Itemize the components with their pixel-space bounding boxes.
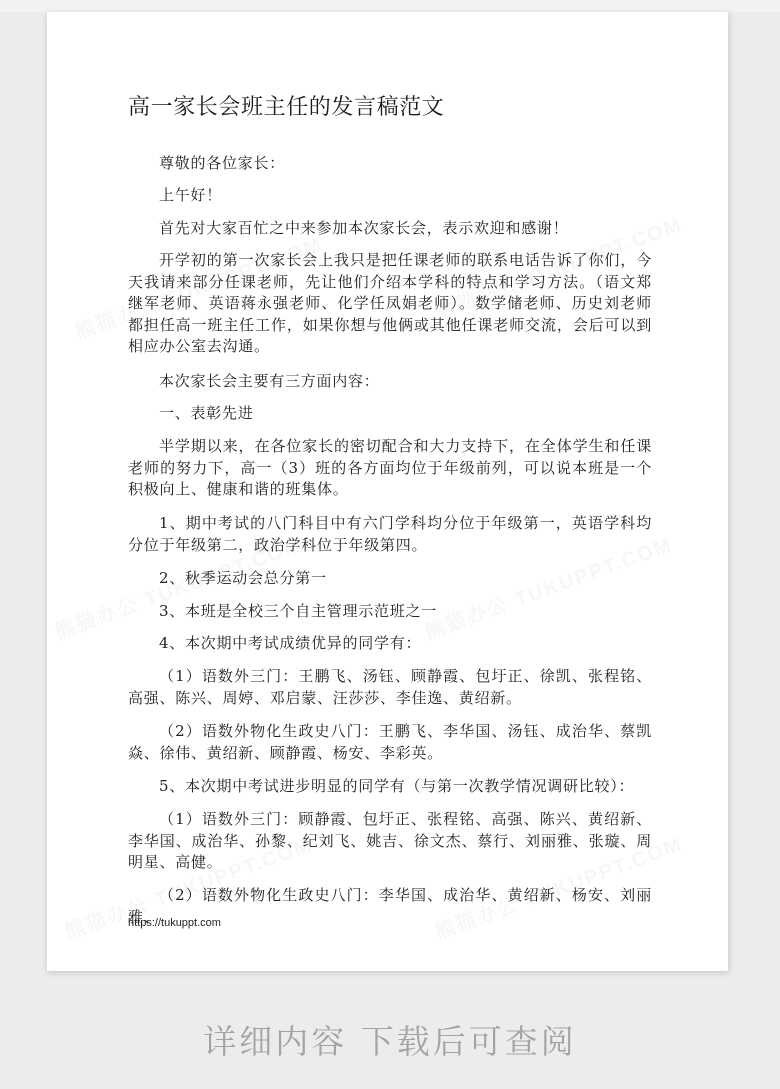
paragraph: 首先对大家百忙之中来参加本次家长会，表示欢迎和感谢！ <box>128 218 652 240</box>
paragraph: 半学期以来，在各位家长的密切配合和大力支持下，在全体学生和任课老师的努力下，高一… <box>128 436 652 501</box>
document-title: 高一家长会班主任的发言稿范文 <box>128 94 444 122</box>
list-item: （1）语数外三门：王鹏飞、汤钰、顾静霞、包圩正、徐凯、张程铭、高强、陈兴、周婷、… <box>128 666 652 709</box>
list-item: 2、秋季运动会总分第一 <box>128 568 652 590</box>
list-item: 3、本班是全校三个自主管理示范班之一 <box>128 601 652 623</box>
section-heading: 一、表彰先进 <box>128 403 652 425</box>
list-item: 4、本次期中考试成绩优异的同学有： <box>128 633 652 655</box>
paragraph: 开学初的第一次家长会上我只是把任课老师的联系电话告诉了你们，今天我请来部分任课老… <box>128 250 652 358</box>
paragraph: 本次家长会主要有三方面内容： <box>128 371 652 393</box>
list-item: 1、期中考试的八门科目中有六门学科均分位于年级第一，英语学科均分位于年级第二，政… <box>128 513 652 556</box>
document-page: 熊猫办公 TUKUPPT.COM 熊猫办公 TUKUPPT.COM 熊猫办公 T… <box>47 12 728 971</box>
list-item: （2）语数外物化生政史八门：王鹏飞、李华国、汤钰、成治华、蔡凯焱、徐伟、黄绍新、… <box>128 721 652 764</box>
greeting: 上午好！ <box>128 185 652 207</box>
background-strip <box>0 0 780 12</box>
list-item: 5、本次期中考试进步明显的同学有（与第一次教学情况调研比较）： <box>128 776 652 798</box>
list-item: （1）语数外三门：顾静霞、包圩正、张程铭、高强、陈兴、黄绍新、李华国、成治华、孙… <box>128 809 652 874</box>
footer-url: https://tukuppt.com <box>128 917 221 929</box>
salutation: 尊敬的各位家长： <box>128 153 652 175</box>
download-prompt[interactable]: 详细内容 下载后可查阅 <box>0 1020 780 1064</box>
